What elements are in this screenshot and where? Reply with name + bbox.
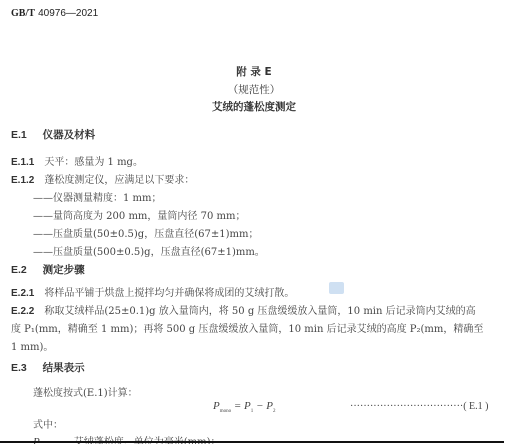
clause-e1-2: E.1.2蓬松度测定仪，应满足以下要求： — [11, 171, 194, 186]
appendix-subject: 艾绒的蓬松度测定 — [0, 99, 508, 114]
section-number: E.1 — [11, 129, 39, 141]
section-e2-heading: E.2 测定步骤 — [11, 262, 85, 277]
clause-e2-1: E.2.1将样品平铺于烘盘上搅拌均匀并确保将成团的艾绒打散。 — [11, 284, 294, 299]
standard-number: 40976—2021 — [38, 8, 98, 19]
list-item: ——压盘质量(50±0.5)g，压盘直径(67±1)mm； — [33, 225, 258, 240]
clause-number: E.1.1 — [11, 157, 34, 168]
clause-text: 将样品平铺于烘盘上搅拌均匀并确保将成团的艾绒打散。 — [44, 288, 294, 299]
where-label: 式中： — [33, 416, 63, 431]
formula-subscript: 2 — [273, 409, 276, 414]
formula-symbol: − P — [253, 400, 273, 412]
clause-number: E.2.1 — [11, 288, 34, 299]
list-item: ——压盘质量(500±0.5)g，压盘直径(67±1)mm。 — [33, 243, 265, 258]
clause-text: 天平：感量为 1 mg。 — [44, 157, 143, 168]
appendix-title: 附 录 E — [0, 64, 508, 79]
section-title: 仪器及材料 — [43, 129, 96, 141]
clause-number: E.2.2 — [11, 306, 34, 317]
list-item: ——量筒高度为 200 mm，量筒内径 70 mm； — [33, 207, 245, 222]
section-title: 结果表示 — [43, 362, 85, 374]
section-e1-heading: E.1 仪器及材料 — [11, 127, 95, 142]
standard-prefix: GB/T — [11, 8, 35, 19]
section-number: E.3 — [11, 362, 39, 374]
appendix-type: （规范性） — [0, 82, 508, 97]
clause-text: 蓬松度测定仪，应满足以下要求： — [44, 175, 194, 186]
formula-subscript: mono — [220, 409, 231, 414]
clause-e2-2: E.2.2称取艾绒样品(25±0.1)g 放入量筒内，将 50 g 压盘缓缓放入… — [11, 302, 476, 317]
clause-text-line: 度 P₁(mm，精确至 1 mm)；再将 500 g 压盘缓缓放入量筒，10 m… — [11, 320, 483, 335]
clause-text-line: 1 mm)。 — [11, 338, 53, 353]
list-item: ——仪器测量精度：1 mm； — [33, 189, 162, 204]
watermark-logo-icon — [329, 282, 344, 294]
formula-symbol: = P — [234, 400, 251, 412]
section-title: 测定步骤 — [43, 264, 85, 276]
clause-number: E.1.2 — [11, 175, 34, 186]
formula-symbol: P — [213, 400, 220, 412]
section-number: E.2 — [11, 264, 39, 276]
equation-reference: ··································( E.1 … — [350, 401, 489, 412]
clause-text: 称取艾绒样品(25±0.1)g 放入量筒内，将 50 g 压盘缓缓放入量筒，10… — [44, 306, 475, 317]
section-e3-heading: E.3 结果表示 — [11, 360, 85, 375]
formula: Pmono = P1 − P2 — [213, 400, 275, 414]
page-bottom-border — [0, 441, 504, 443]
formula-intro: 蓬松度按式(E.1)计算： — [33, 384, 138, 399]
clause-e1-1: E.1.1天平：感量为 1 mg。 — [11, 153, 143, 168]
standard-header: GB/T 40976—2021 — [11, 8, 98, 19]
